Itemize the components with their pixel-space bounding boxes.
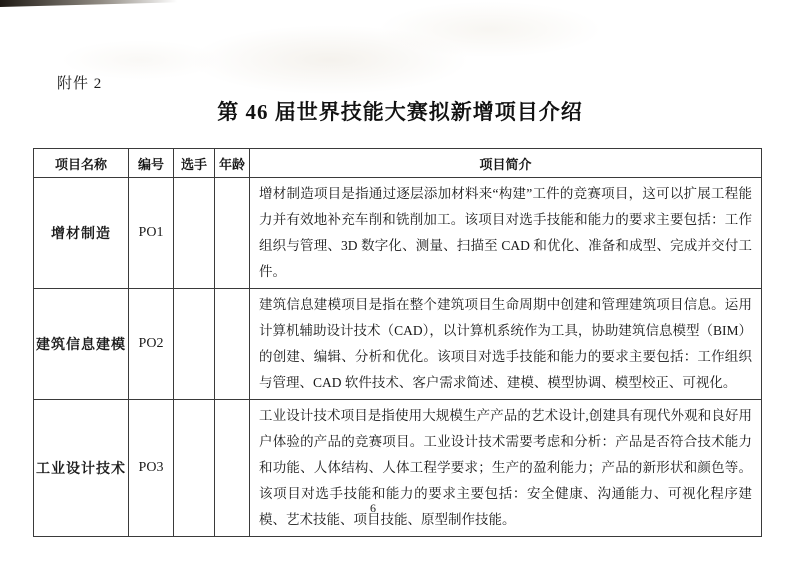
table-row-bim: 建筑信息建模 PO2 建筑信息建模项目是指在整个建筑项目生命周期中创建和管理建筑… [34,289,762,400]
col-header-description: 项目简介 [250,149,762,178]
player-cell [174,178,215,289]
page-title: 第 46 届世界技能大赛拟新增项目介绍 [0,96,800,126]
project-code-cell: PO2 [129,289,174,400]
projects-table: 项目名称 编号 选手 年龄 项目简介 增材制造 PO1 增材制造项目是指通过逐层… [33,148,762,537]
document-page: 附件 2 第 46 届世界技能大赛拟新增项目介绍 项目名称 编号 选手 年龄 项… [0,0,800,565]
age-cell [215,178,250,289]
scan-artifact-streak [0,0,185,7]
scan-noise [190,25,470,95]
col-header-code: 编号 [129,149,174,178]
col-header-player: 选手 [174,149,215,178]
table-row-additive-manufacturing: 增材制造 PO1 增材制造项目是指通过逐层添加材料来“构建”工件的竞赛项目，这可… [34,178,762,289]
table-header-row: 项目名称 编号 选手 年龄 项目简介 [34,149,762,178]
age-cell [215,289,250,400]
project-description-cell: 增材制造项目是指通过逐层添加材料来“构建”工件的竞赛项目，这可以扩展工程能力并有… [250,178,762,289]
page-number: 6 [0,501,746,516]
project-description-cell: 建筑信息建模项目是指在整个建筑项目生命周期中创建和管理建筑项目信息。运用计算机辅… [250,289,762,400]
player-cell [174,289,215,400]
col-header-age: 年龄 [215,149,250,178]
scan-noise [380,2,600,57]
col-header-project-name: 项目名称 [34,149,129,178]
project-code-cell: PO1 [129,178,174,289]
project-name-cell: 建筑信息建模 [34,289,129,400]
project-name-cell: 增材制造 [34,178,129,289]
attachment-label: 附件 2 [57,72,102,93]
